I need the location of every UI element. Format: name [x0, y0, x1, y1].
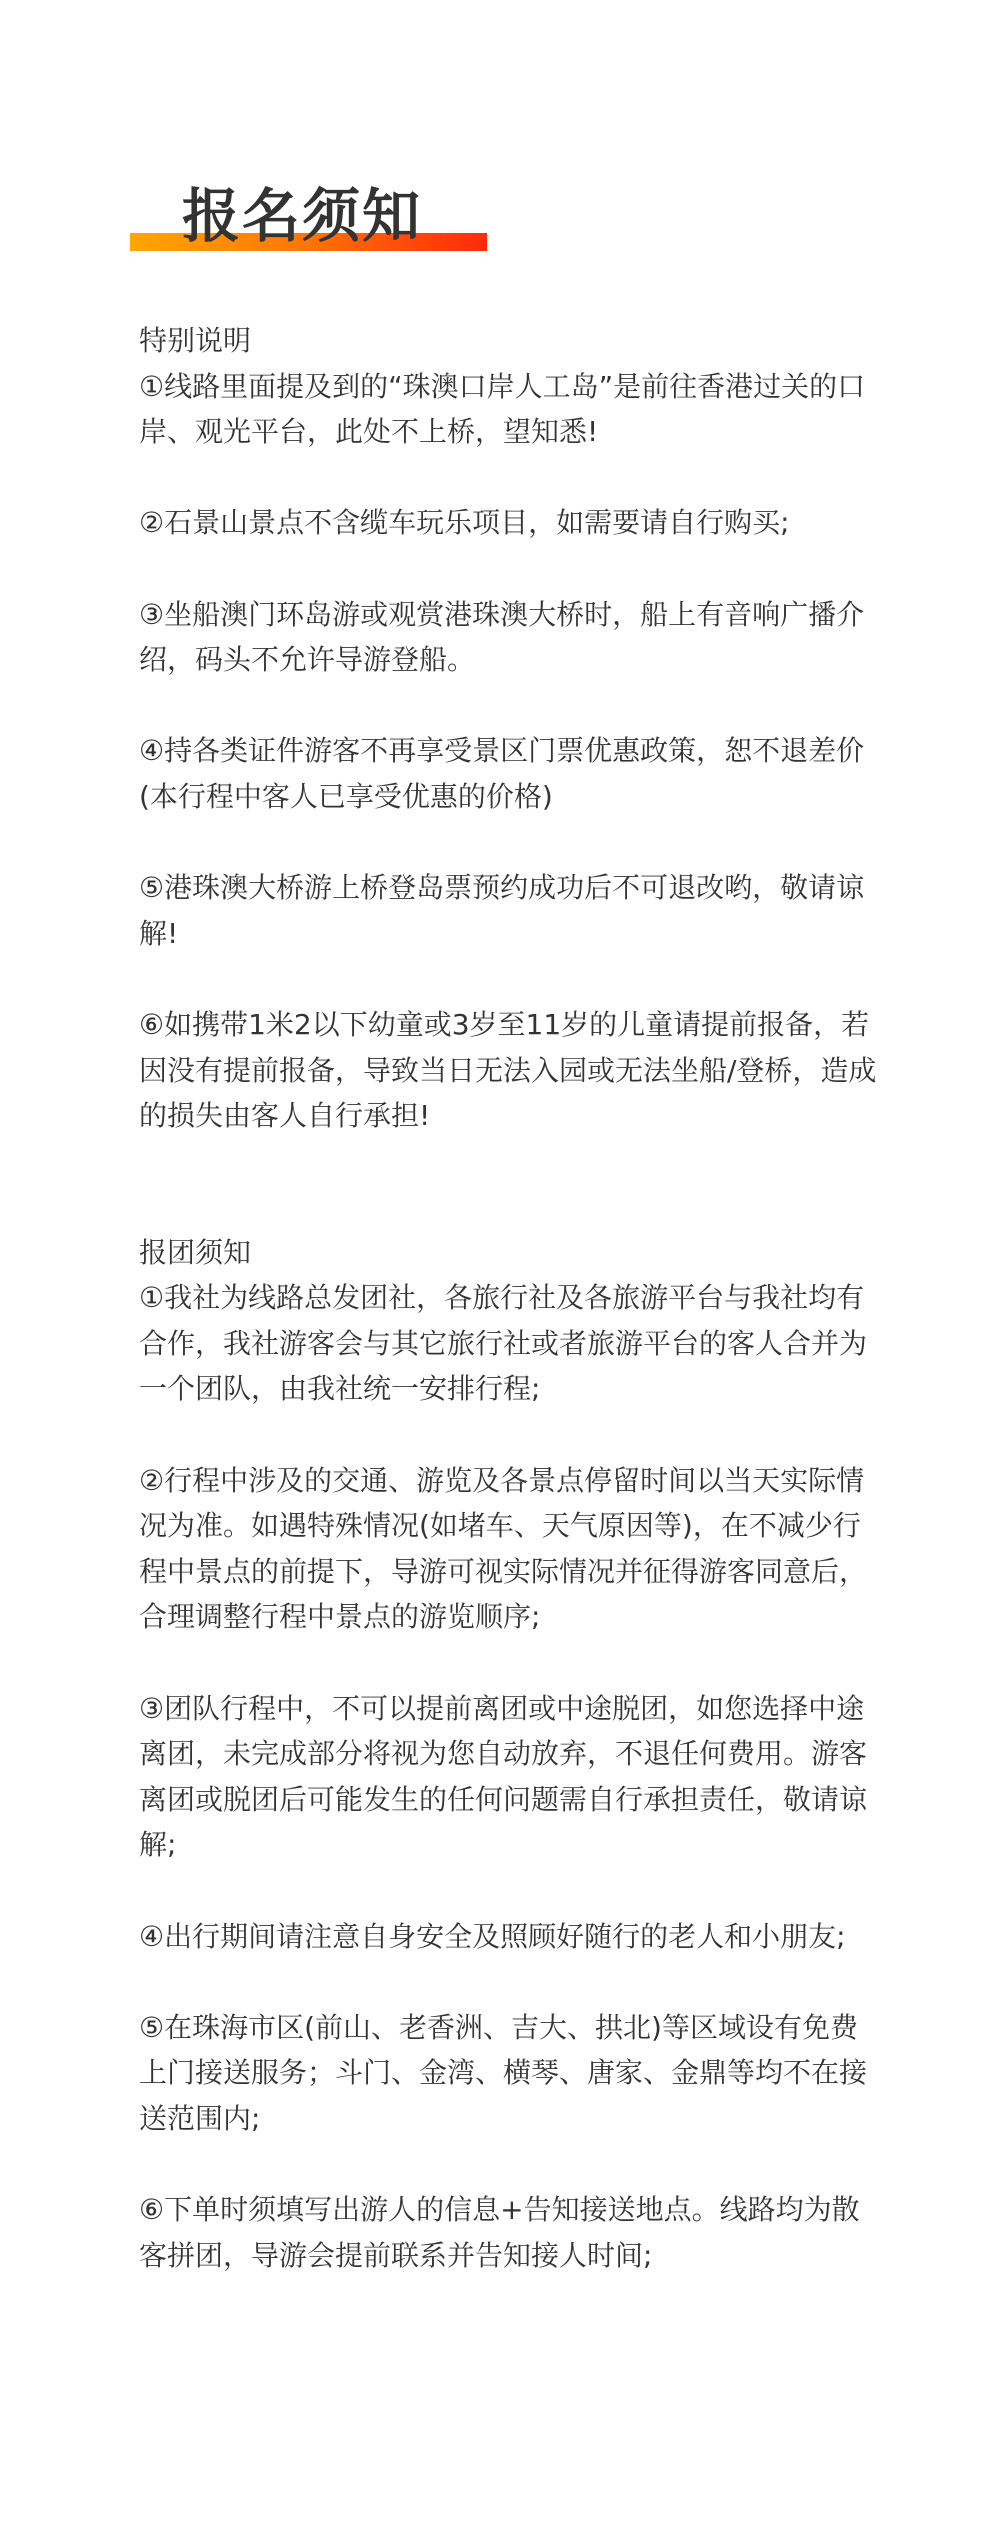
notice-item: ②石景山景点不含缆车玩乐项目，如需要请自行购买; [139, 500, 879, 546]
notice-item: ⑤港珠澳大桥游上桥登岛票预约成功后不可退改哟，敬请谅解! [139, 865, 879, 956]
section-title: 报团须知 [139, 1230, 879, 1276]
notice-item: ①我社为线路总发团社，各旅行社及各旅游平台与我社均有合作，我社游客会与其它旅行社… [139, 1275, 879, 1412]
notice-item: ③坐船澳门环岛游或观赏港珠澳大桥时，船上有音响广播介绍，码头不允许导游登船。 [139, 592, 879, 683]
notice-content: 特别说明 ①线路里面提及到的“珠澳口岸人工岛”是前往香港过关的口岸、观光平台，此… [139, 318, 879, 2278]
notice-item: ④出行期间请注意自身安全及照顾好随行的老人和小朋友; [139, 1914, 879, 1960]
notice-item: ①线路里面提及到的“珠澳口岸人工岛”是前往香港过关的口岸、观光平台，此处不上桥，… [139, 364, 879, 455]
section-special-notes: 特别说明 ①线路里面提及到的“珠澳口岸人工岛”是前往香港过关的口岸、观光平台，此… [139, 318, 879, 1139]
page-title: 报名须知 [182, 176, 422, 256]
notice-item: ⑥下单时须填写出游人的信息+告知接送地点。线路均为散客拼团，导游会提前联系并告知… [139, 2187, 879, 2278]
notice-item: ④持各类证件游客不再享受景区门票优惠政策，恕不退差价(本行程中客人已享受优惠的价… [139, 728, 879, 819]
notice-item: ⑥如携带1米2以下幼童或3岁至11岁的儿童请提前报备，若因没有提前报备，导致当日… [139, 1002, 879, 1139]
page-header: 报名须知 [130, 176, 487, 256]
section-group-notes: 报团须知 ①我社为线路总发团社，各旅行社及各旅游平台与我社均有合作，我社游客会与… [139, 1230, 879, 2279]
notice-item: ③团队行程中，不可以提前离团或中途脱团，如您选择中途离团，未完成部分将视为您自动… [139, 1686, 879, 1868]
notice-item: ②行程中涉及的交通、游览及各景点停留时间以当天实际情况为准。如遇特殊情况(如堵车… [139, 1458, 879, 1640]
section-title: 特别说明 [139, 318, 879, 364]
notice-item: ⑤在珠海市区(前山、老香洲、吉大、拱北)等区域设有免费上门接送服务；斗门、金湾、… [139, 2005, 879, 2142]
